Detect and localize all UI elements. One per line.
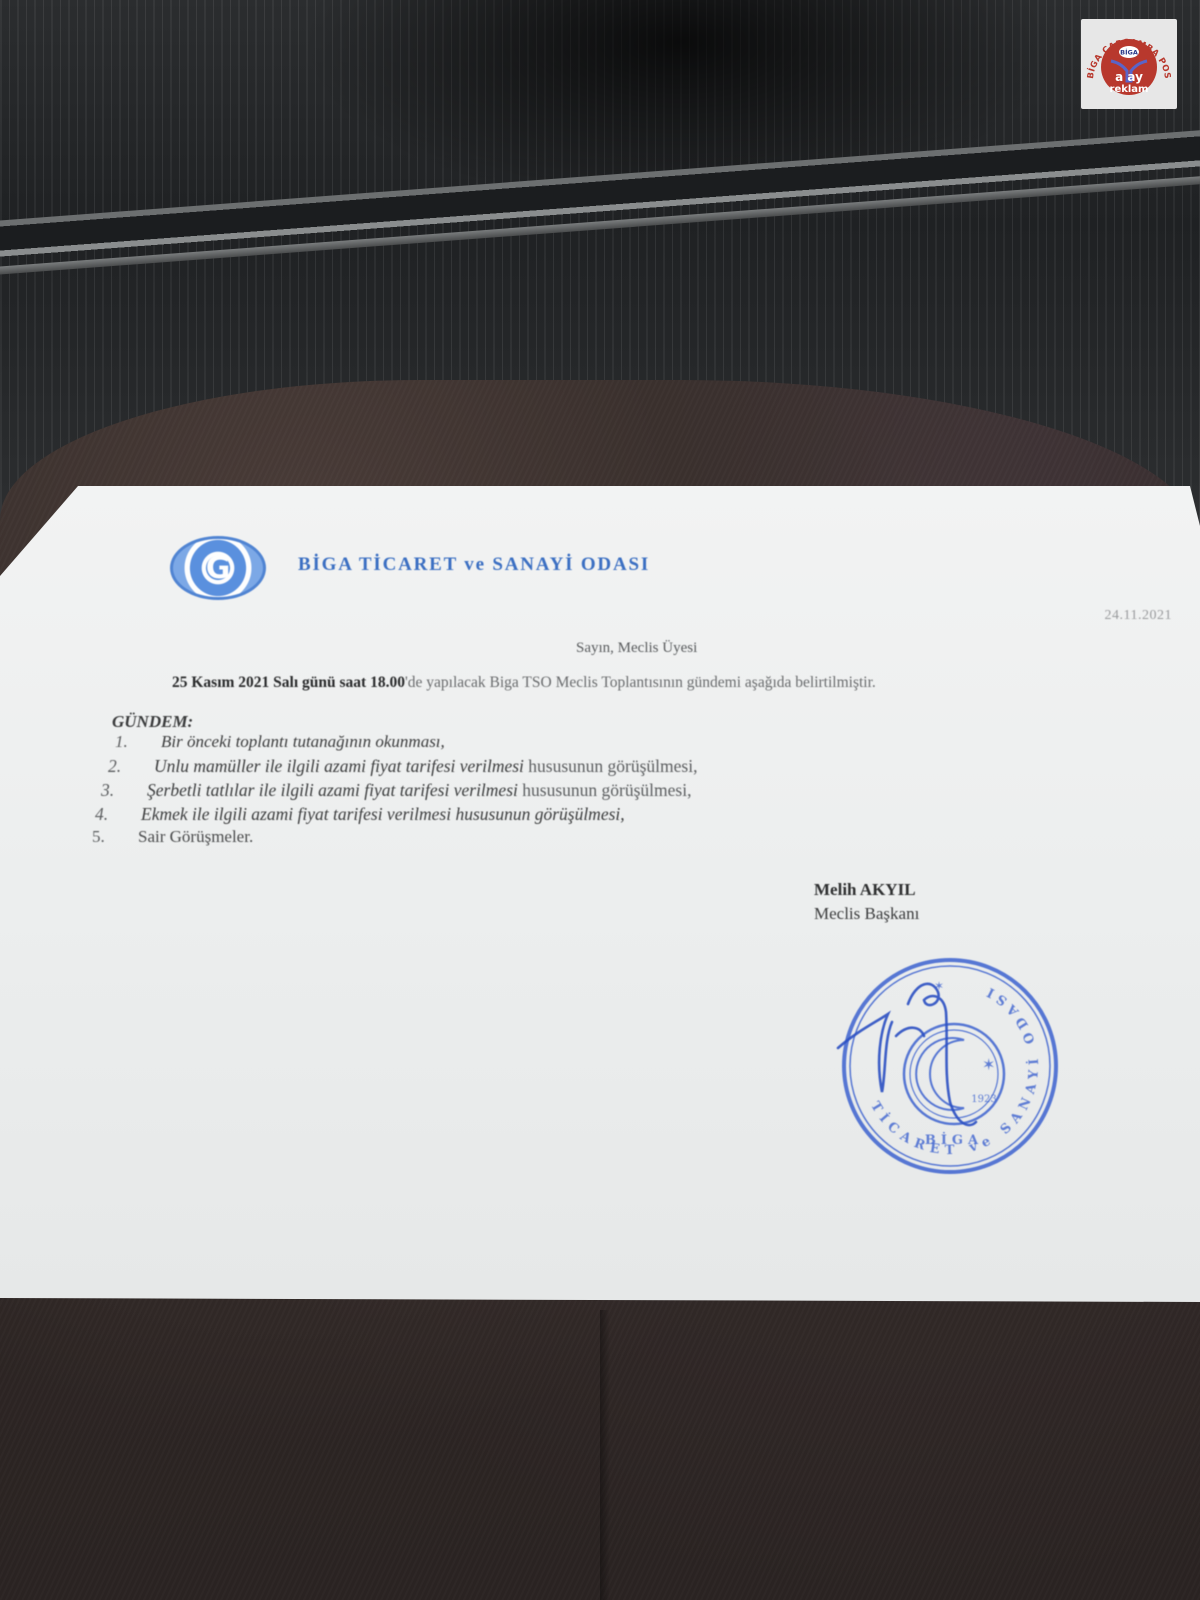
letter-sheet: G BİGA TİCARET ve SANAYİ ODASI 24.11.202… xyxy=(0,486,1200,1306)
agenda-item: 5.Sair Görüşmeler. xyxy=(92,827,253,847)
agenda-item-number: 3. xyxy=(101,780,147,801)
agenda-item-text: Unlu mamüller ile ilgili azami fiyat tar… xyxy=(154,756,524,776)
agenda-item-text-end: hususunun görüşülmesi, xyxy=(524,756,698,776)
signatory-name: Melih AKYIL xyxy=(814,878,919,902)
agenda-title: GÜNDEM: xyxy=(112,712,193,732)
organization-name: BİGA TİCARET ve SANAYİ ODASI xyxy=(298,554,650,576)
svg-text:✶: ✶ xyxy=(982,1055,995,1074)
watermark-brand: a ay xyxy=(1115,70,1143,84)
stamp-center-text: BİGA xyxy=(925,1132,983,1148)
intro-datetime: 25 Kasım 2021 Salı günü saat 18.00 xyxy=(172,674,405,691)
agenda-item-number: 2. xyxy=(108,756,154,777)
signatory-block: Melih AKYIL Meclis Başkanı xyxy=(814,878,919,926)
agenda-item-number: 1. xyxy=(115,732,161,752)
intro-paragraph: 25 Kasım 2021 Salı günü saat 18.00'de ya… xyxy=(172,674,876,692)
agenda-item-number: 5. xyxy=(92,827,138,847)
signatory-title: Meclis Başkanı xyxy=(814,902,919,926)
watermark-badge: BİGA xyxy=(1120,48,1138,57)
intro-text: 'de yapılacak Biga TSO Meclis Toplantısı… xyxy=(405,674,876,691)
agenda-item: 1.Bir önceki toplantı tutanağının okunma… xyxy=(115,732,445,752)
salutation: Sayın, Meclis Üyesi xyxy=(576,640,697,657)
svg-text:TİCARET ve SANAYİ ODASI: TİCARET ve SANAYİ ODASI xyxy=(867,981,1042,1158)
trouser-fold xyxy=(600,1310,610,1600)
agenda-item-text: Bir önceki toplantı tutanağının okunması… xyxy=(161,732,445,751)
watermark-logo: BİGA ÇARŞAMBA POSTASI GAZETESİ BİGA a ay… xyxy=(1081,19,1177,109)
agenda-item-text: Sair Görüşmeler. xyxy=(138,827,253,846)
agenda-item-text-end: hususunun görüşülmesi, xyxy=(518,780,692,800)
emblem-glyph: G xyxy=(173,551,263,587)
watermark-brand-sub: reklam xyxy=(1110,84,1149,95)
official-stamp-icon: TİCARET ve SANAYİ ODASI BİGA 1923 ✶ ✶ xyxy=(836,952,1064,1180)
agenda-item: 3.Şerbetli tatlılar ile ilgili azami fiy… xyxy=(101,780,691,801)
agenda-item-text: Ekmek ile ilgili azami fiyat tarifesi ve… xyxy=(141,804,625,824)
agenda-item: 4.Ekmek ile ilgili azami fiyat tarifesi … xyxy=(95,804,625,825)
agenda-item-text: Şerbetli tatlılar ile ilgili azami fiyat… xyxy=(147,780,518,800)
agenda-item: 2.Unlu mamüller ile ilgili azami fiyat t… xyxy=(108,756,697,777)
watermark-emblem-icon: BİGA ÇARŞAMBA POSTASI GAZETESİ BİGA a ay… xyxy=(1081,19,1177,109)
agenda-item-number: 4. xyxy=(95,804,141,825)
stamp-year: 1923 xyxy=(971,1094,996,1105)
letter-date: 24.11.2021 xyxy=(1105,608,1172,624)
biga-tso-emblem-icon: G xyxy=(170,536,266,600)
stamp-ring-text: TİCARET ve SANAYİ ODASI xyxy=(867,981,1042,1158)
